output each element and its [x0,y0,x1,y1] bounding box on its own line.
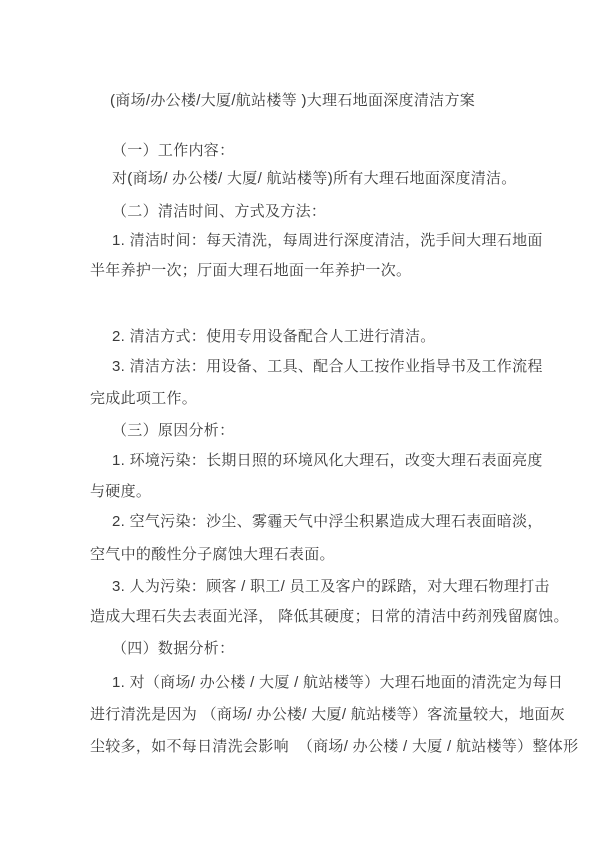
paragraph-line: 尘较多，如不每日清洗会影响 （商场/ 办公楼 / 大厦 / 航站楼等）整体形 [90,737,578,757]
paragraph-line: 3. 清洁方法：用设备、工具、配合人工按作业指导书及工作流程 [112,357,543,377]
paragraph-line: 与硬度。 [90,482,151,502]
paragraph-line: 造成大理石失去表面光泽， 降低其硬度；日常的清洁中药剂残留腐蚀。 [90,607,569,627]
section-1-heading: （一）工作内容： [112,141,234,161]
paragraph-line: 半年养护一次；厅面大理石地面一年养护一次。 [90,261,411,281]
section-4-heading: （四）数据分析： [112,639,234,659]
paragraph-line: 完成此项工作。 [90,389,197,409]
paragraph-line: 1. 清洁时间：每天清洗，每周进行深度清洁，洗手间大理石地面 [112,231,543,251]
paragraph-line: 2. 空气污染：沙尘、雾霾天气中浮尘积累造成大理石表面暗淡， [112,512,543,532]
paragraph-line: 1. 环境污染：长期日照的环境风化大理石，改变大理石表面亮度 [112,451,543,471]
paragraph-line: 对(商场/ 办公楼/ 大厦/ 航站楼等)所有大理石地面深度清洁。 [112,169,517,189]
section-2-heading: （二）清洁时间、方式及方法： [112,202,326,222]
document-page: (商场/办公楼/大厦/航站楼等 )大理石地面深度清洁方案 （一）工作内容： 对(… [0,0,600,849]
paragraph-line: 2. 清洁方式：使用专用设备配合人工进行清洁。 [112,327,436,347]
paragraph-line: 1. 对（商场/ 办公楼 / 大厦 / 航站楼等）大理石地面的清洗定为每日 [112,673,563,693]
paragraph-line: 进行清洗是因为 （商场/ 办公楼/ 大厦/ 航站楼等）客流量较大，地面灰 [90,705,565,725]
document-title: (商场/办公楼/大厦/航站楼等 )大理石地面深度清洁方案 [110,91,475,111]
section-3-heading: （三）原因分析： [112,421,234,441]
paragraph-line: 空气中的酸性分子腐蚀大理石表面。 [90,545,335,565]
paragraph-line: 3. 人为污染：顾客 / 职工/ 员工及客户的踩踏，对大理石物理打击 [112,577,550,597]
